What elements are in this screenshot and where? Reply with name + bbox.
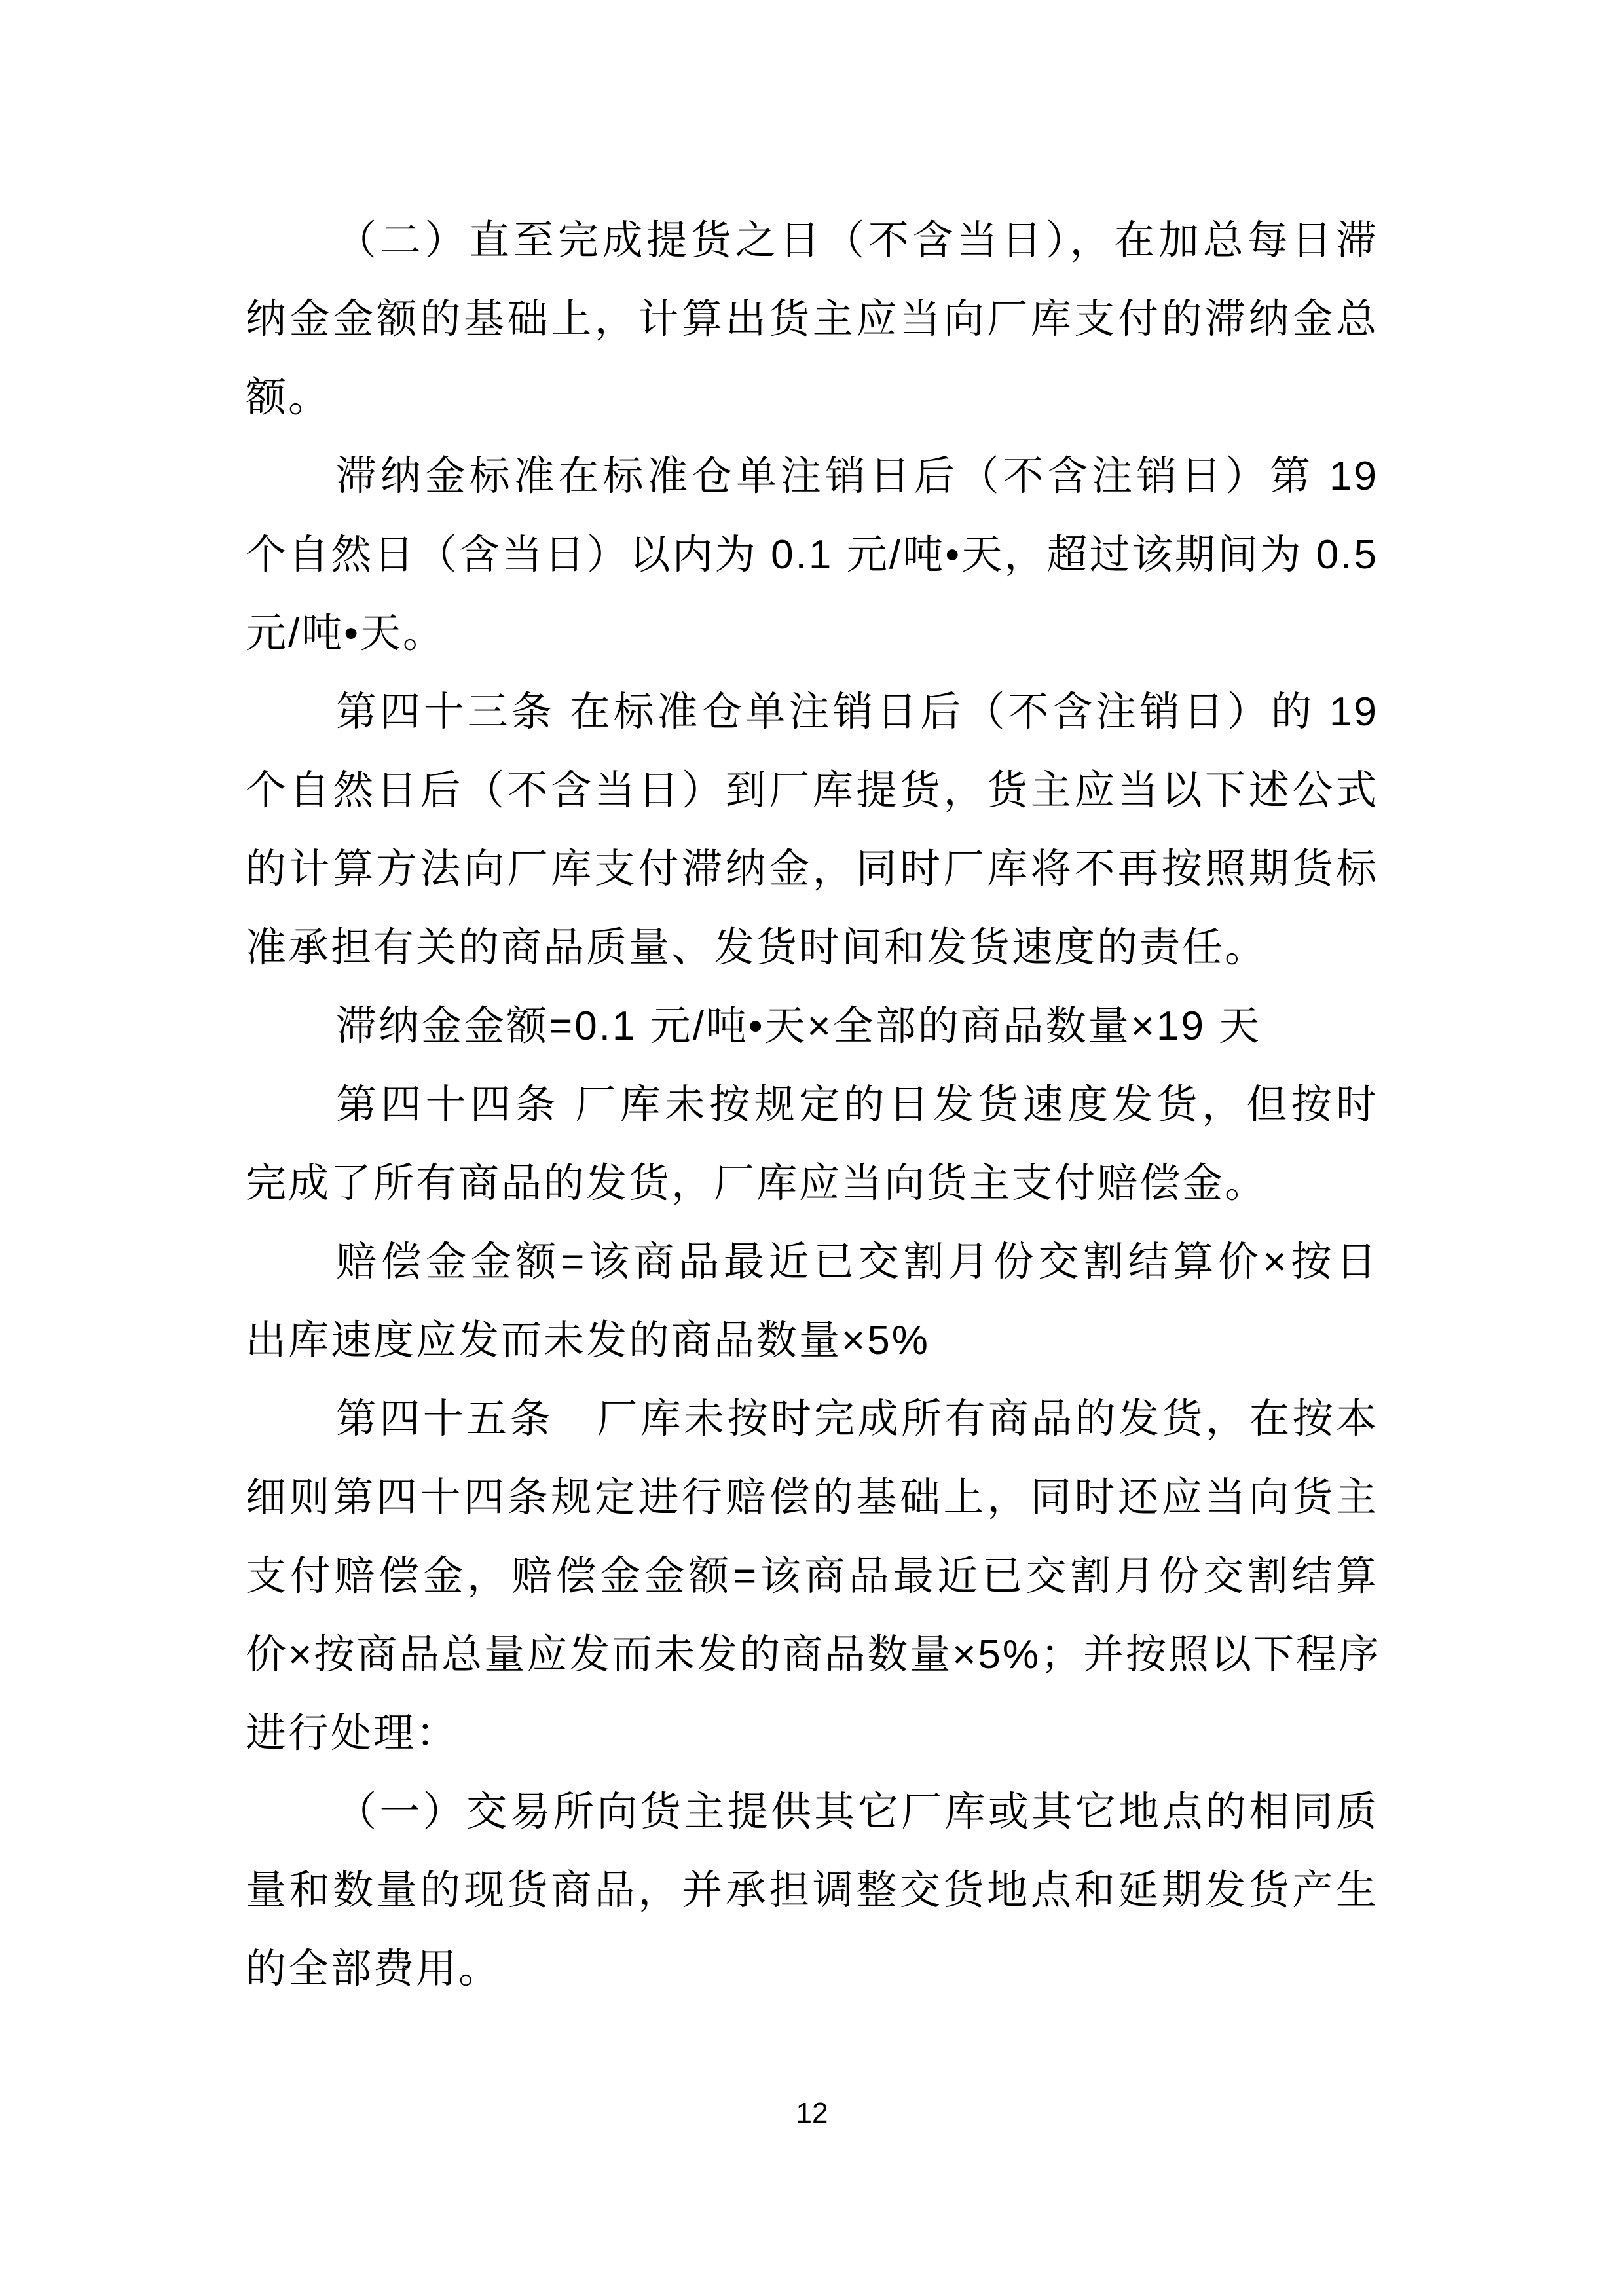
text-line: 的全部费用。 xyxy=(246,1930,1378,2009)
paragraph: 第四十三条 在标准仓单注销日后（不含注销日）的 19个自然日后（不含当日）到厂库… xyxy=(246,673,1378,987)
paragraph: 滞纳金金额=0.1 元/吨•天×全部的商品数量×19 天 xyxy=(246,987,1378,1066)
paragraph: （二）直至完成提货之日（不含当日），在加总每日滞纳金金额的基础上，计算出货主应当… xyxy=(246,202,1378,437)
text-line: 滞纳金标准在标准仓单注销日后（不含注销日）第 19 xyxy=(246,437,1378,516)
paragraph: 第四十四条 厂库未按规定的日发货速度发货，但按时完成了所有商品的发货，厂库应当向… xyxy=(246,1066,1378,1223)
text-line: 完成了所有商品的发货，厂库应当向货主支付赔偿金。 xyxy=(246,1144,1378,1223)
text-line: （一）交易所向货主提供其它厂库或其它地点的相同质 xyxy=(246,1773,1378,1851)
text-line: 元/吨•天。 xyxy=(246,594,1378,673)
paragraph: 第四十五条 厂库未按时完成所有商品的发货，在按本细则第四十四条规定进行赔偿的基础… xyxy=(246,1380,1378,1773)
text-line: 支付赔偿金，赔偿金金额=该商品最近已交割月份交割结算 xyxy=(246,1537,1378,1616)
text-line: 量和数量的现货商品，并承担调整交货地点和延期发货产生 xyxy=(246,1851,1378,1930)
text-line: 个自然日（含当日）以内为 0.1 元/吨•天，超过该期间为 0.5 xyxy=(246,516,1378,594)
paragraph: （一）交易所向货主提供其它厂库或其它地点的相同质量和数量的现货商品，并承担调整交… xyxy=(246,1773,1378,2009)
page: （二）直至完成提货之日（不含当日），在加总每日滞纳金金额的基础上，计算出货主应当… xyxy=(0,0,1624,2296)
text-line: 滞纳金金额=0.1 元/吨•天×全部的商品数量×19 天 xyxy=(246,987,1378,1066)
text-line: 额。 xyxy=(246,359,1378,437)
paragraph: 滞纳金标准在标准仓单注销日后（不含注销日）第 19个自然日（含当日）以内为 0.… xyxy=(246,437,1378,673)
text-line: 第四十三条 在标准仓单注销日后（不含注销日）的 19 xyxy=(246,673,1378,752)
text-line: 赔偿金金额=该商品最近已交割月份交割结算价×按日 xyxy=(246,1223,1378,1302)
text-line: 个自然日后（不含当日）到厂库提货，货主应当以下述公式 xyxy=(246,752,1378,830)
paragraph: 赔偿金金额=该商品最近已交割月份交割结算价×按日出库速度应发而未发的商品数量×5… xyxy=(246,1223,1378,1380)
text-line: 进行处理： xyxy=(246,1694,1378,1773)
text-line: 出库速度应发而未发的商品数量×5% xyxy=(246,1302,1378,1380)
page-number: 12 xyxy=(0,2094,1624,2133)
text-line: 细则第四十四条规定进行赔偿的基础上，同时还应当向货主 xyxy=(246,1459,1378,1537)
text-line: 的计算方法向厂库支付滞纳金，同时厂库将不再按照期货标 xyxy=(246,830,1378,909)
text-line: 第四十四条 厂库未按规定的日发货速度发货，但按时 xyxy=(246,1066,1378,1144)
text-line: 纳金金额的基础上，计算出货主应当向厂库支付的滞纳金总 xyxy=(246,280,1378,359)
document-body: （二）直至完成提货之日（不含当日），在加总每日滞纳金金额的基础上，计算出货主应当… xyxy=(246,202,1378,2009)
text-line: 准承担有关的商品质量、发货时间和发货速度的责任。 xyxy=(246,909,1378,987)
text-line: 价×按商品总量应发而未发的商品数量×5%；并按照以下程序 xyxy=(246,1616,1378,1694)
text-line: （二）直至完成提货之日（不含当日），在加总每日滞 xyxy=(246,202,1378,280)
text-line: 第四十五条 厂库未按时完成所有商品的发货，在按本 xyxy=(246,1380,1378,1459)
